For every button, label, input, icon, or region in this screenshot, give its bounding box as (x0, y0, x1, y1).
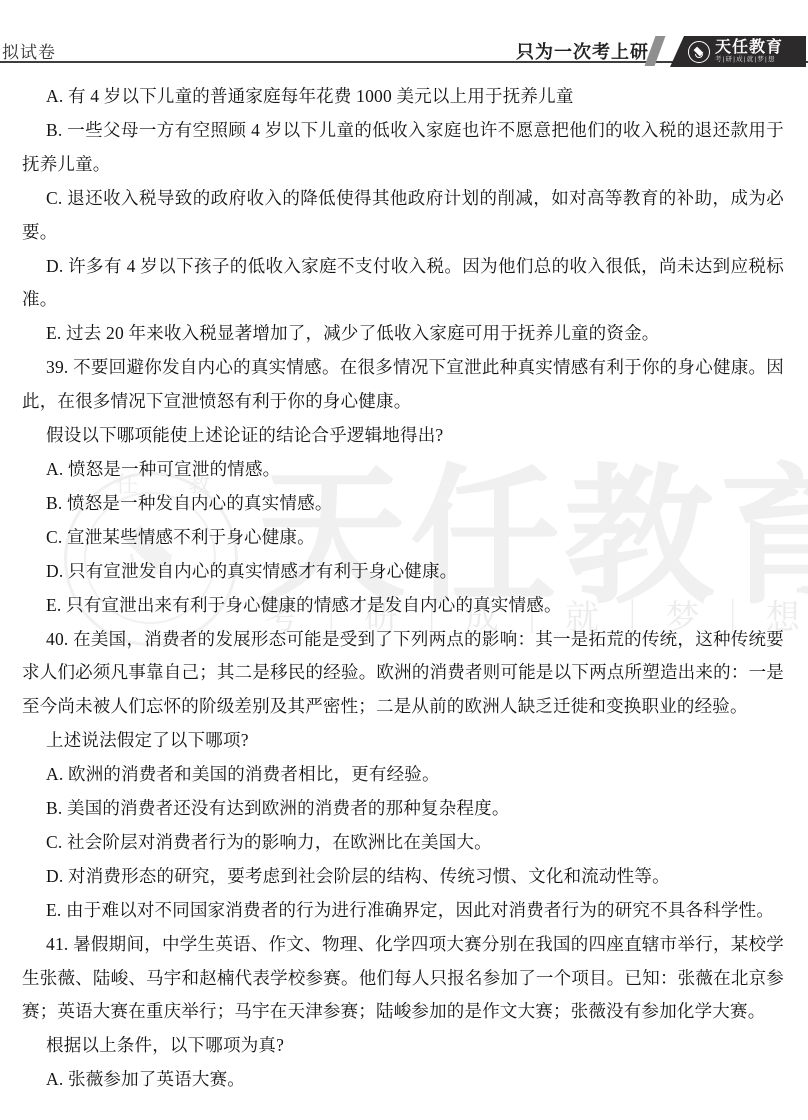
text-line: 抚养儿童。 (22, 148, 784, 182)
text-line: D. 只有宣泄发自内心的真实情感才有利于身心健康。 (22, 555, 784, 589)
text-line: 此，在很多情况下宣泄愤怒有利于你的身心健康。 (22, 385, 784, 419)
text-line: C. 退还收入税导致的政府收入的降低使得其他政府计划的削减，如对高等教育的补助，… (22, 182, 784, 216)
text-line: A. 愤怒是一种可宣泄的情感。 (22, 453, 784, 487)
brand-name: 天任教育 (715, 40, 783, 56)
text-line: C. 宣泄某些情感不利于身心健康。 (22, 521, 784, 555)
text-line: B. 愤怒是一种发自内心的真实情感。 (22, 487, 784, 521)
text-line: B. 一些父母一方有空照顾 4 岁以下儿童的低收入家庭也许不愿意把他们的收入税的… (22, 114, 784, 148)
text-line: D. 对消费形态的研究，要考虑到社会阶层的结构、传统习惯、文化和流动性等。 (22, 860, 784, 894)
text-line: E. 过去 20 年来收入税显著增加了，减少了低收入家庭可用于抚养儿童的资金。 (22, 317, 784, 351)
document-body: A. 有 4 岁以下儿童的普通家庭每年花费 1000 美元以上用于抚养儿童B. … (22, 80, 784, 1097)
text-line: A. 欧洲的消费者和美国的消费者相比，更有经验。 (22, 758, 784, 792)
text-line: C. 社会阶层对消费者行为的影响力，在欧洲比在美国大。 (22, 826, 784, 860)
text-line: 求人们必须凡事靠自己；其二是移民的经验。欧洲的消费者则可能是以下两点所塑造出来的… (22, 656, 784, 690)
brand-logo: 天任教育 考|研|成|就|梦|想 (670, 36, 806, 67)
page-header-title: 拟试卷 (2, 38, 56, 63)
text-line: 假设以下哪项能使上述论证的结论合乎逻辑地得出? (22, 419, 784, 453)
text-line: 赛；英语大赛在重庆举行；马宇在天津参赛；陆峻参加的是作文大赛；张薇没有参加化学大… (22, 995, 784, 1029)
exam-page: 任 教 天任教育 考｜研｜成｜就｜梦｜想 拟试卷 只为一次考上研 天任教育 考|… (0, 0, 808, 1120)
text-line: 生张薇、陆峻、马宇和赵楠代表学校参赛。他们每人只报名参加了一个项目。已知：张薇在… (22, 962, 784, 996)
text-line: B. 美国的消费者还没有达到欧洲的消费者的那种复杂程度。 (22, 792, 784, 826)
text-line: 要。 (22, 216, 784, 250)
brand-tagline: 考|研|成|就|梦|想 (715, 57, 783, 64)
text-line: 上述说法假定了以下哪项? (22, 724, 784, 758)
text-line: 41. 暑假期间，中学生英语、作文、物理、化学四项大赛分别在我国的四座直辖市举行… (22, 928, 784, 962)
text-line: D. 许多有 4 岁以下孩子的低收入家庭不支付收入税。因为他们总的收入很低，尚未… (22, 250, 784, 284)
text-line: 39. 不要回避你发自内心的真实情感。在很多情况下宣泄此种真实情感有利于你的身心… (22, 351, 784, 385)
text-line: A. 有 4 岁以下儿童的普通家庭每年花费 1000 美元以上用于抚养儿童 (22, 80, 784, 114)
text-line: A. 张薇参加了英语大赛。 (22, 1063, 784, 1097)
text-line: E. 只有宣泄出来有利于身心健康的情感才是发自内心的真实情感。 (22, 589, 784, 623)
text-line: 40. 在美国，消费者的发展形态可能是受到了下列两点的影响：其一是拓荒的传统，这… (22, 623, 784, 657)
text-line: E. 由于难以对不同国家消费者的行为进行准确界定，因此对消费者行为的研究不具各科… (22, 894, 784, 928)
text-line: 准。 (22, 283, 784, 317)
text-line: 根据以上条件，以下哪项为真? (22, 1029, 784, 1063)
brand-emblem-icon (688, 41, 710, 63)
text-line: 至今尚未被人们忘怀的阶级差别及其严密性；二是从前的欧洲人缺乏迁徙和变换职业的经验… (22, 690, 784, 724)
header-slogan: 只为一次考上研 (516, 38, 649, 64)
